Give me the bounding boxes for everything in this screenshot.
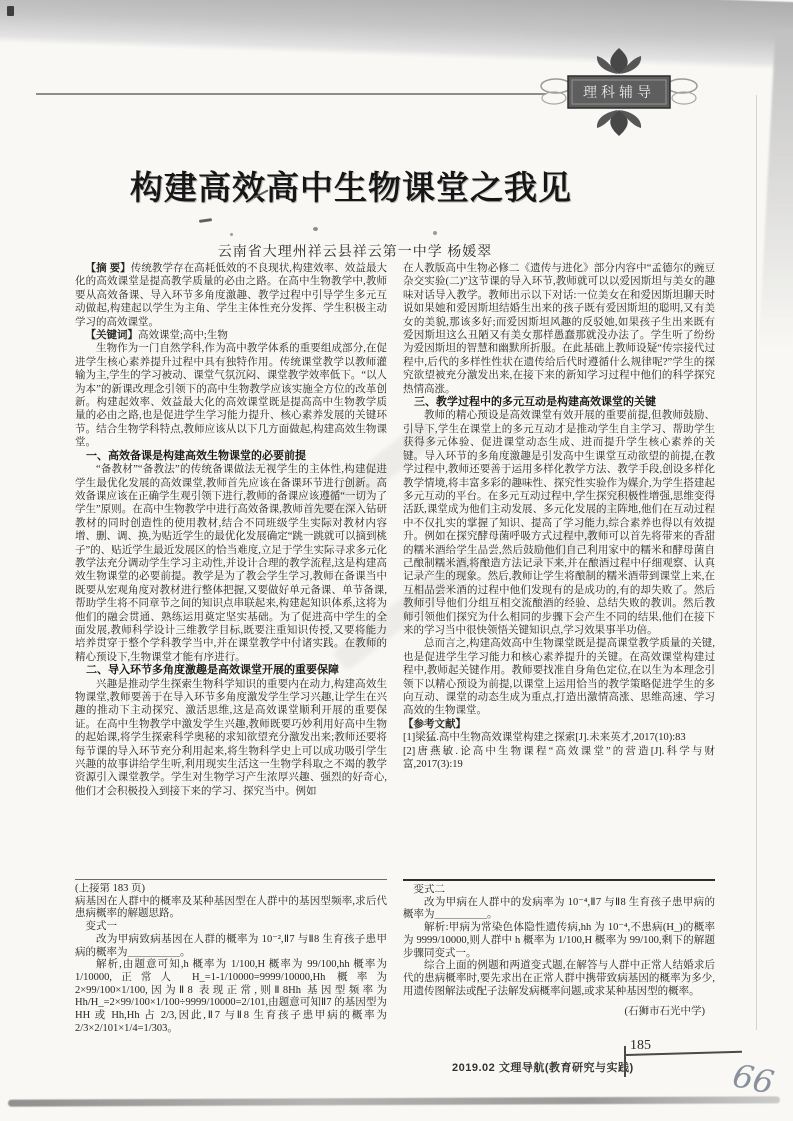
footer-page-number: 185 (630, 1038, 651, 1054)
reference-item: [1]梁猛.高中生物高效课堂构建之探索[J].未来英才,2017(10):83 (403, 731, 715, 744)
section-1-paragraph: “备教材”“备教法”的传统备课做法无视学生的主体性,构建促进学生最优化发展的高效… (75, 463, 387, 664)
continued-note: (上接第 183 页) (75, 883, 387, 896)
header-rule (36, 93, 546, 95)
references-label: 【参考文献】 (403, 718, 715, 731)
scan-corner-mark (7, 6, 14, 16)
section-1-heading: 一、高效备课是构建高效生物课堂的必要前提 (75, 450, 387, 463)
abstract-paragraph: 【摘 要】传统教学存在高耗低效的不良现状,构建效率、效益最大化的高效课堂是提高教… (75, 262, 387, 329)
handwritten-page-number: 66 (729, 1056, 777, 1102)
right-column-main: 在人教版高中生物必修二《遗传与进化》部分内容中“孟德尔的豌豆杂交实验(二)”这节… (403, 262, 715, 874)
conclusion-paragraph: 总而言之,构建高效高中生物课堂既是提高课堂教学质量的关键,也是促进学生学习能力和… (403, 637, 715, 717)
footer-journal: 2019.02 文理导航(教育研究与实践) (452, 1059, 634, 1075)
continued-divider-right (403, 879, 715, 881)
section-2-heading: 二、导入环节多角度激趣是高效课堂开展的重要保障 (75, 664, 387, 677)
variant-2-question: 改为甲病在人群中的发病率为 10⁻⁴,Ⅱ7 与Ⅱ8 生育孩子患甲病的概率为＿＿＿… (403, 897, 715, 922)
keywords-paragraph: 【关键词】高效课堂;高中;生物 (75, 329, 387, 342)
continued-article-right: 变式二 改为甲病在人群中的发病率为 10⁻⁴,Ⅱ7 与Ⅱ8 生育孩子患甲病的概率… (403, 884, 715, 1040)
pen-mark (433, 231, 437, 235)
scanned-journal-page: 理科辅导 构建高效高中生物课堂之我见 云南省大理州祥云县祥云第一中学 杨媛翠 【… (0, 0, 793, 1121)
badge-label: 理科辅导 (583, 84, 655, 101)
section-3-paragraph: 教师的精心预设是高效课堂有效开展的重要前提,但教师鼓励、引导下,学生在课堂上的多… (403, 409, 715, 637)
scan-edge-shadow (759, 30, 793, 350)
badge-ornament-icon: 理科辅导 (538, 46, 700, 138)
page-edge-line (756, 95, 757, 1030)
continued-article-left: (上接第 183 页) 病基因在人群中的概率及某种基因型在人群中的基因型频率,求… (75, 883, 387, 1040)
page-title: 构建高效高中生物课堂之我见 (130, 162, 600, 209)
section-2-paragraph-left: 兴趣是推动学生探索生物科学知识的重要内在动力,构建高效生物课堂,教师要善于在导入… (75, 678, 387, 799)
continued-lead-paragraph: 病基因在人群中的概率及某种基因型在人群中的基因型频率,求后代患病概率的解题思路。 (75, 896, 387, 921)
section-badge: 理科辅导 (538, 46, 700, 138)
reference-item: [2]唐燕敏.论高中生物课程“高效课堂”的营造[J].科学与财富,2017(3)… (403, 745, 715, 772)
left-column-main: 【摘 要】传统教学存在高耗低效的不良现状,构建效率、效益最大化的高效课堂是提高教… (75, 262, 387, 874)
continued-divider-left (75, 879, 387, 880)
variant-1-heading: 变式一 (75, 921, 387, 934)
variant-1-solution: 解析,由题意可知,h 概率为 1/100,H 概率为 99/100,hh 概率为… (75, 959, 387, 1035)
left-column: 【摘 要】传统教学存在高耗低效的不良现状,构建效率、效益最大化的高效课堂是提高教… (75, 262, 387, 1040)
pen-mark (313, 227, 318, 231)
keywords-label: 【关键词】 (86, 329, 139, 341)
scan-bottom-smear (8, 1096, 780, 1106)
pen-mark (199, 218, 212, 223)
abstract-label: 【摘 要】 (86, 262, 131, 274)
article-columns: 【摘 要】传统教学存在高耗低效的不良现状,构建效率、效益最大化的高效课堂是提高教… (75, 262, 715, 1040)
section-2-paragraph-right: 在人教版高中生物必修二《遗传与进化》部分内容中“孟德尔的豌豆杂交实验(二)”这节… (403, 262, 715, 396)
author-line: 云南省大理州祥云县祥云第一中学 杨媛翠 (75, 241, 635, 261)
intro-paragraph: 生物作为一门自然学科,作为高中教学体系的重要组成部分,在促进学生核心素养提升过程… (75, 342, 387, 449)
variant-1-question: 改为甲病致病基因在人群的概率为 10⁻²,Ⅱ7 与Ⅱ8 生育孩子患甲病的概率为＿… (75, 934, 387, 959)
school-attribution: (石狮市石光中学) (403, 1006, 715, 1019)
pen-mark (230, 233, 233, 236)
variant-2-summary: 综合上面的例题和两道变式题,在解答与人群中正常人结婚求后代的患病概率时,要先求出… (403, 960, 715, 998)
variant-2-heading: 变式二 (403, 884, 715, 897)
variant-2-solution: 解析:甲病为常染色体隐性遗传病,hh 为 10⁻⁴,不患病(H_)的概率为 99… (403, 922, 715, 960)
section-3-heading: 三、教学过程中的多元互动是构建高效课堂的关键 (403, 396, 715, 409)
right-column: 在人教版高中生物必修二《遗传与进化》部分内容中“孟德尔的豌豆杂交实验(二)”这节… (403, 262, 715, 1040)
keywords-text: 高效课堂;高中;生物 (138, 330, 228, 341)
footer-bracket-vline (624, 1046, 626, 1077)
